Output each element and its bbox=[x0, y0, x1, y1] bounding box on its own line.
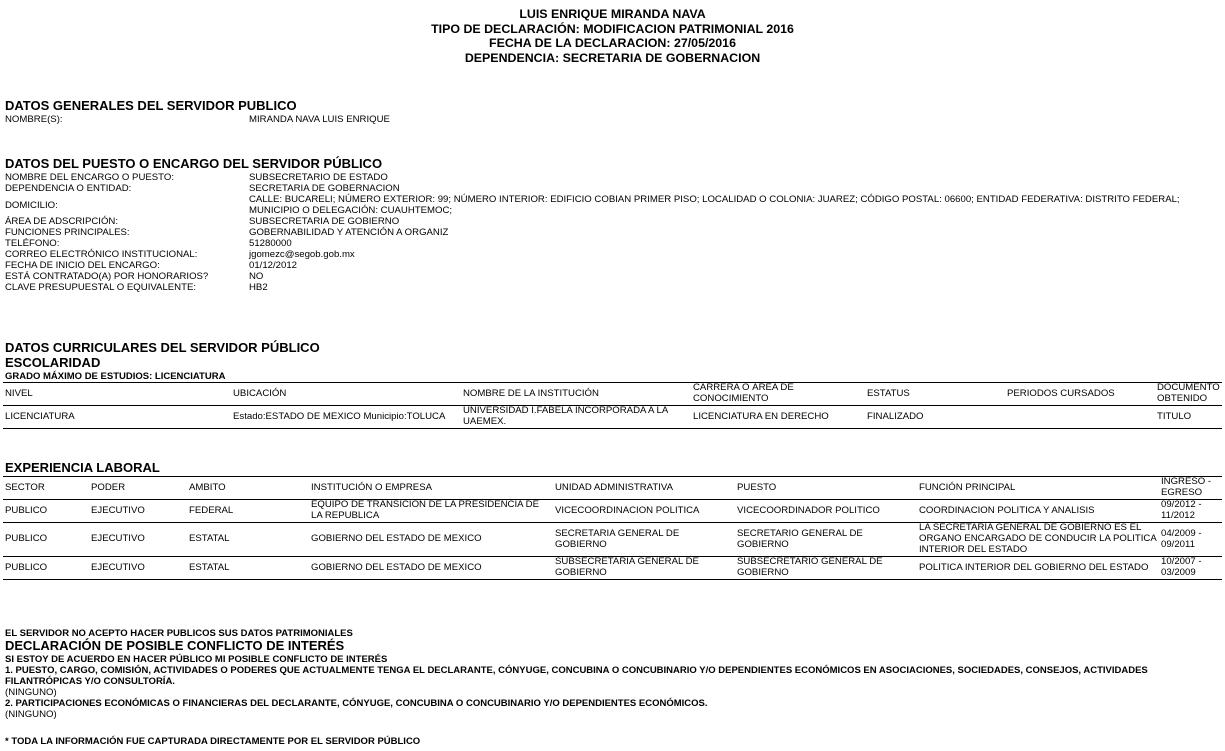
section-title-datos-generales: DATOS GENERALES DEL SERVIDOR PUBLICO bbox=[5, 99, 297, 113]
column-header: FUNCIÓN PRINCIPAL bbox=[917, 477, 1159, 500]
column-header: ESTATUS bbox=[865, 383, 1005, 406]
section-title-curriculares: DATOS CURRICULARES DEL SERVIDOR PÚBLICO bbox=[5, 341, 320, 355]
declarant-name: LUIS ENRIQUE MIRANDA NAVA bbox=[0, 7, 1225, 22]
table-row: PUBLICO EJECUTIVO ESTATAL GOBIERNO DEL E… bbox=[3, 523, 1222, 557]
table-cell: ESTATAL bbox=[187, 557, 309, 580]
field-value: jgomezc@segob.gob.mx bbox=[249, 249, 355, 260]
field-value: 01/12/2012 bbox=[249, 260, 297, 271]
field-value: MIRANDA NAVA LUIS ENRIQUE bbox=[249, 114, 390, 125]
column-header: INSTITUCIÓN O EMPRESA bbox=[309, 477, 553, 500]
subsection-title-escolaridad: ESCOLARIDAD bbox=[5, 356, 100, 370]
table-header-row: SECTOR PODER AMBITO INSTITUCIÓN O EMPRES… bbox=[3, 477, 1222, 500]
conflicto-question-1: 1. PUESTO, CARGO, COMISIÓN, ACTIVIDADES … bbox=[5, 665, 1148, 676]
table-cell: SUBSECRETARIO GENERAL DE GOBIERNO bbox=[735, 557, 917, 580]
field-value: 51280000 bbox=[249, 238, 292, 249]
field-row-domicilio: DOMICILIO: CALLE: BUCARELI; NÚMERO EXTER… bbox=[5, 194, 1220, 216]
table-cell: POLITICA INTERIOR DEL GOBIERNO DEL ESTAD… bbox=[917, 557, 1159, 580]
column-header: NIVEL bbox=[3, 383, 231, 406]
conflicto-question-1-cont: FILANTRÓPICAS Y/O CONSULTORÍA. bbox=[5, 676, 175, 687]
declaration-header: LUIS ENRIQUE MIRANDA NAVA TIPO DE DECLAR… bbox=[0, 7, 1225, 65]
conflicto-answer-1: (NINGUNO) bbox=[5, 687, 57, 698]
table-cell: Estado:ESTADO DE MEXICO Municipio:TOLUCA bbox=[231, 406, 461, 429]
column-header: DOCUMENTO OBTENIDO bbox=[1155, 383, 1222, 406]
column-header: SECTOR bbox=[3, 477, 89, 500]
table-cell: SUBSECRETARIA GENERAL DE GOBIERNO bbox=[553, 557, 735, 580]
field-label: NOMBRE(S): bbox=[5, 114, 63, 125]
declaration-date: FECHA DE LA DECLARACION: 27/05/2016 bbox=[0, 36, 1225, 51]
table-row: PUBLICO EJECUTIVO ESTATAL GOBIERNO DEL E… bbox=[3, 557, 1222, 580]
column-header: PERIODOS CURSADOS bbox=[1005, 383, 1155, 406]
table-cell: VICECOORDINACION POLITICA bbox=[553, 500, 735, 523]
field-value: CALLE: BUCARELI; NÚMERO EXTERIOR: 99; NÚ… bbox=[249, 194, 1180, 205]
table-cell: GOBIERNO DEL ESTADO DE MEXICO bbox=[309, 557, 553, 580]
conflicto-answer-2: (NINGUNO) bbox=[5, 709, 57, 720]
conflicto-acuerdo: SI ESTOY DE ACUERDO EN HACER PÚBLICO MI … bbox=[5, 654, 387, 665]
table-cell: COORDINACION POLITICA Y ANALISIS bbox=[917, 500, 1159, 523]
table-cell: SECRETARIO GENERAL DE GOBIERNO bbox=[735, 523, 917, 557]
table-cell: PUBLICO bbox=[3, 557, 89, 580]
column-header: INGRESO - EGRESO bbox=[1159, 477, 1222, 500]
field-value: GOBERNABILIDAD Y ATENCIÓN A ORGANIZ bbox=[249, 227, 448, 238]
table-cell: PUBLICO bbox=[3, 500, 89, 523]
field-value: HB2 bbox=[249, 282, 268, 293]
table-row: LICENCIATURA Estado:ESTADO DE MEXICO Mun… bbox=[3, 406, 1222, 429]
table-cell: ESTATAL bbox=[187, 523, 309, 557]
table-cell: LICENCIATURA bbox=[3, 406, 231, 429]
field-value-continued: MUNICIPIO O DELEGACIÓN: CUAUHTEMOC; bbox=[249, 205, 452, 216]
field-value: SUBSECRETARIA DE GOBIERNO bbox=[249, 216, 399, 227]
column-header: PODER bbox=[89, 477, 187, 500]
declaration-type: TIPO DE DECLARACIÓN: MODIFICACION PATRIM… bbox=[0, 22, 1225, 37]
declaration-dependency: DEPENDENCIA: SECRETARIA DE GOBERNACION bbox=[0, 51, 1225, 66]
field-label: ESTÁ CONTRATADO(A) POR HONORARIOS? bbox=[5, 271, 208, 282]
column-header: PUESTO bbox=[735, 477, 917, 500]
field-label: FUNCIONES PRINCIPALES: bbox=[5, 227, 130, 238]
table-cell: SECRETARIA GENERAL DE GOBIERNO bbox=[553, 523, 735, 557]
table-cell: 04/2009 - 09/2011 bbox=[1159, 523, 1222, 557]
field-label: TELÉFONO: bbox=[5, 238, 59, 249]
column-header: NOMBRE DE LA INSTITUCIÓN bbox=[461, 383, 691, 406]
escolaridad-table: NIVEL UBICACIÓN NOMBRE DE LA INSTITUCIÓN… bbox=[3, 382, 1222, 429]
field-label: DOMICILIO: bbox=[5, 200, 58, 211]
column-header: UBICACIÓN bbox=[231, 383, 461, 406]
table-cell bbox=[1005, 406, 1155, 429]
table-cell: FINALIZADO bbox=[865, 406, 1005, 429]
table-cell: LA SECRETARIA GENERAL DE GOBIERNO ES EL … bbox=[917, 523, 1159, 557]
table-cell: 10/2007 - 03/2009 bbox=[1159, 557, 1222, 580]
field-label: FECHA DE INICIO DEL ENCARGO: bbox=[5, 260, 160, 271]
table-cell: FEDERAL bbox=[187, 500, 309, 523]
field-label: NOMBRE DEL ENCARGO O PUESTO: bbox=[5, 172, 174, 183]
table-cell: EJECUTIVO bbox=[89, 557, 187, 580]
table-row: PUBLICO EJECUTIVO FEDERAL EQUIPO DE TRAN… bbox=[3, 500, 1222, 523]
field-label: CORREO ELECTRÓNICO INSTITUCIONAL: bbox=[5, 249, 197, 260]
field-value: SUBSECRETARIO DE ESTADO bbox=[249, 172, 388, 183]
table-cell: UNIVERSIDAD I.FABELA INCORPORADA A LA UA… bbox=[461, 406, 691, 429]
section-title-datos-puesto: DATOS DEL PUESTO O ENCARGO DEL SERVIDOR … bbox=[5, 157, 382, 171]
table-cell: LICENCIATURA EN DERECHO bbox=[691, 406, 865, 429]
table-cell: EQUIPO DE TRANSICION DE LA PRESIDENCIA D… bbox=[309, 500, 553, 523]
field-value: NO bbox=[249, 271, 263, 282]
table-cell: PUBLICO bbox=[3, 523, 89, 557]
table-header-row: NIVEL UBICACIÓN NOMBRE DE LA INSTITUCIÓN… bbox=[3, 383, 1222, 406]
field-label: CLAVE PRESUPUESTAL O EQUIVALENTE: bbox=[5, 282, 196, 293]
section-title-experiencia: EXPERIENCIA LABORAL bbox=[5, 461, 160, 475]
grado-maximo: GRADO MÁXIMO DE ESTUDIOS: LICENCIATURA bbox=[5, 371, 225, 382]
table-cell: 09/2012 - 11/2012 bbox=[1159, 500, 1222, 523]
field-label: ÁREA DE ADSCRIPCIÓN: bbox=[5, 216, 118, 227]
column-header: CARRERA O ÁREA DE CONOCIMIENTO bbox=[691, 383, 865, 406]
table-cell: VICECOORDINADOR POLITICO bbox=[735, 500, 917, 523]
table-cell: EJECUTIVO bbox=[89, 500, 187, 523]
table-cell: GOBIERNO DEL ESTADO DE MEXICO bbox=[309, 523, 553, 557]
section-title-conflicto: DECLARACIÓN DE POSIBLE CONFLICTO DE INTE… bbox=[5, 639, 344, 653]
table-cell: TITULO bbox=[1155, 406, 1222, 429]
field-label: DEPENDENCIA O ENTIDAD: bbox=[5, 183, 131, 194]
table-cell: EJECUTIVO bbox=[89, 523, 187, 557]
column-header: AMBITO bbox=[187, 477, 309, 500]
footer-note: * TODA LA INFORMACIÓN FUE CAPTURADA DIRE… bbox=[5, 736, 420, 747]
conflicto-question-2: 2. PARTICIPACIONES ECONÓMICAS O FINANCIE… bbox=[5, 698, 708, 709]
field-value: SECRETARIA DE GOBERNACION bbox=[249, 183, 400, 194]
column-header: UNIDAD ADMINISTRATIVA bbox=[553, 477, 735, 500]
experiencia-table: SECTOR PODER AMBITO INSTITUCIÓN O EMPRES… bbox=[3, 476, 1222, 580]
